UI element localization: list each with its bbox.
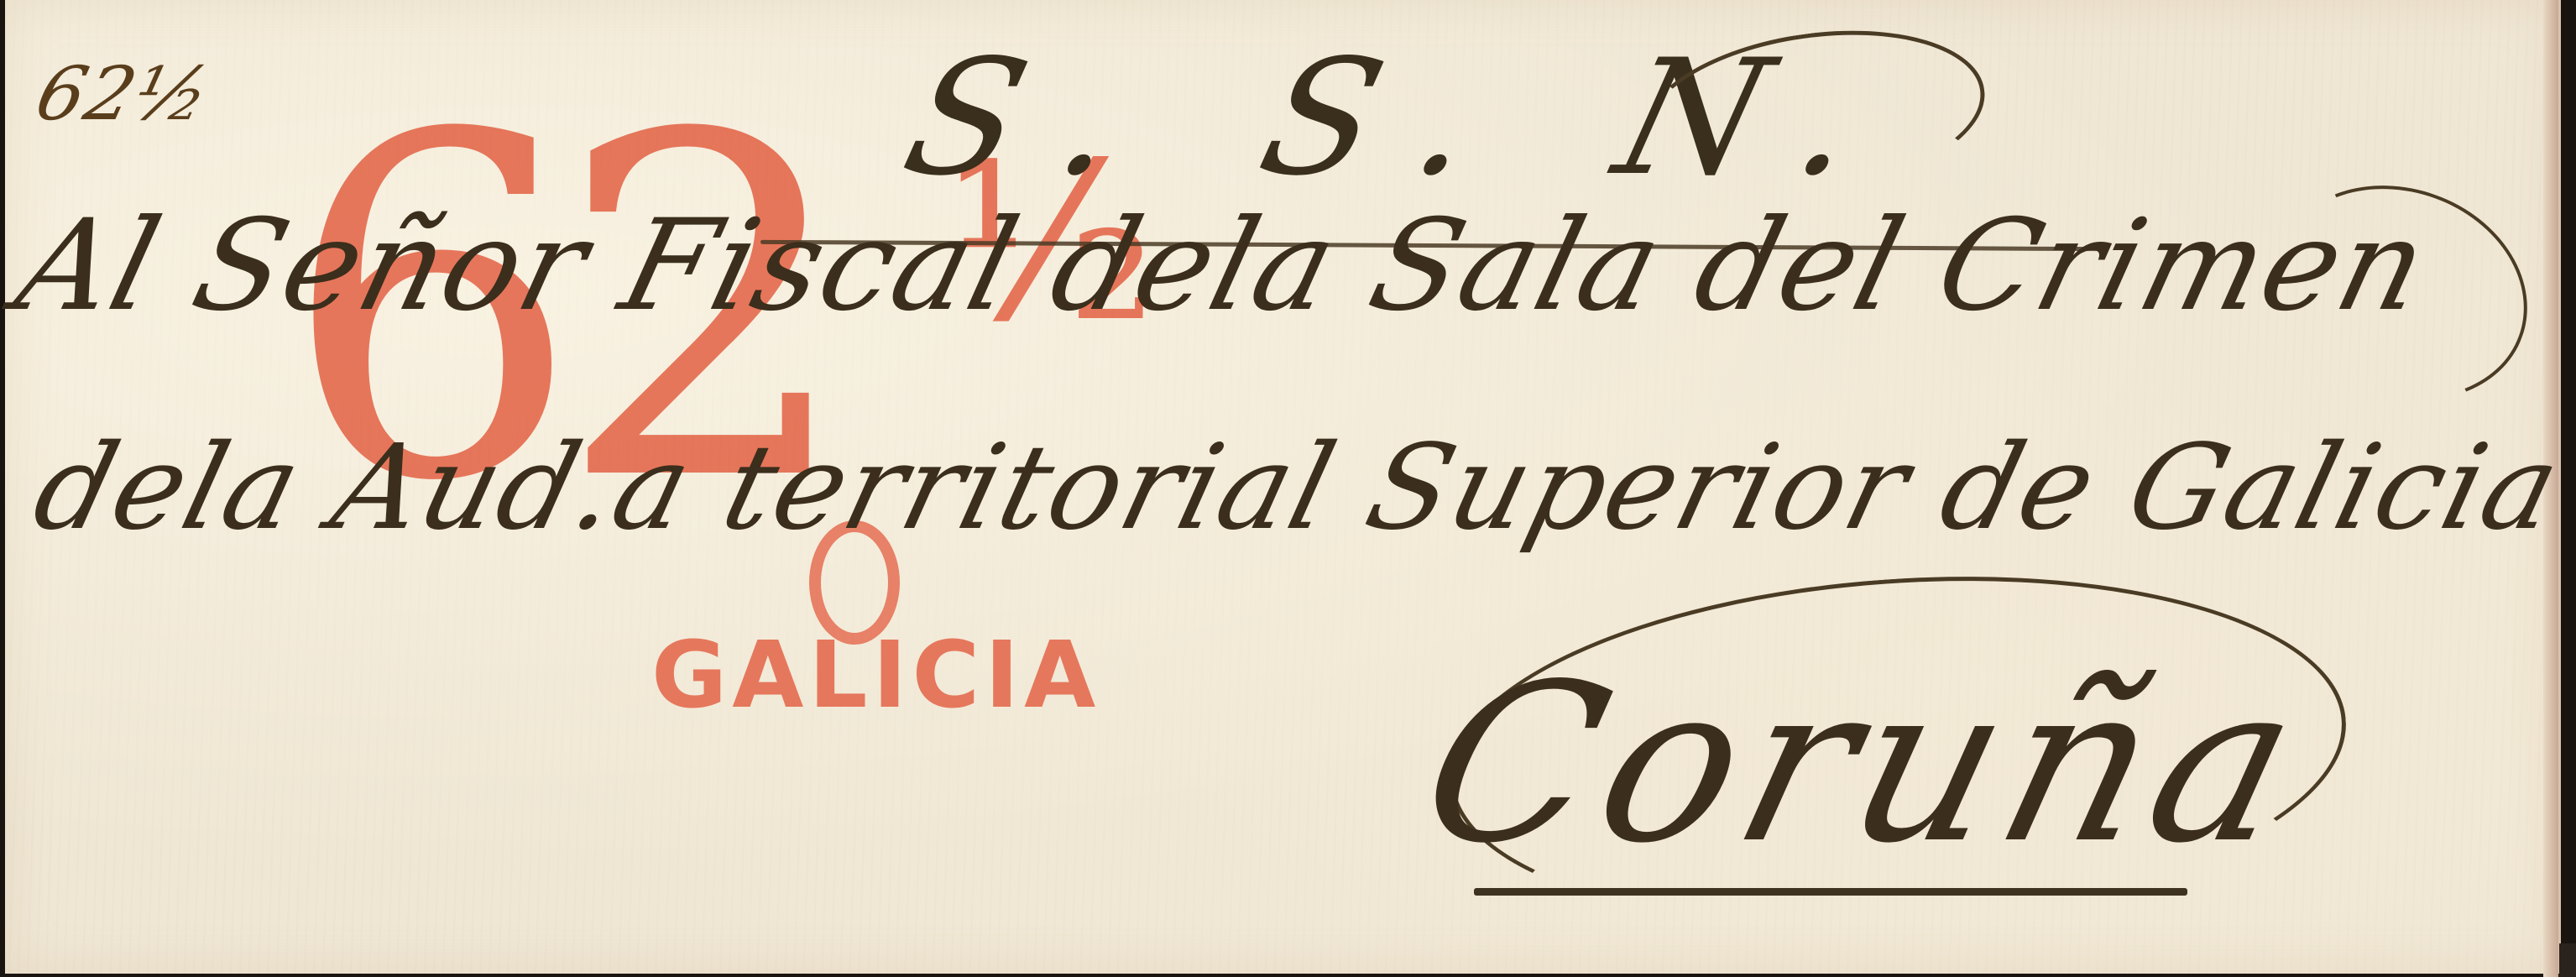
galicia-postmark: GALICIA [651, 621, 1100, 729]
address-line-2: dela Aud.a territorial Superior de Galic… [22, 420, 2573, 556]
letter-cover: 62 ½ GALICIA 62½ S. S. N. Al Señor Fisca… [5, 0, 2561, 974]
ink-underline-destination [1474, 888, 2187, 896]
address-line-1: Al Señor Fiscal dela Sala del Crimen [3, 193, 2442, 339]
background-corner [2559, 943, 2576, 977]
destination-city: Coruña [1400, 638, 2328, 891]
manuscript-rate-note: 62½ [28, 50, 220, 137]
